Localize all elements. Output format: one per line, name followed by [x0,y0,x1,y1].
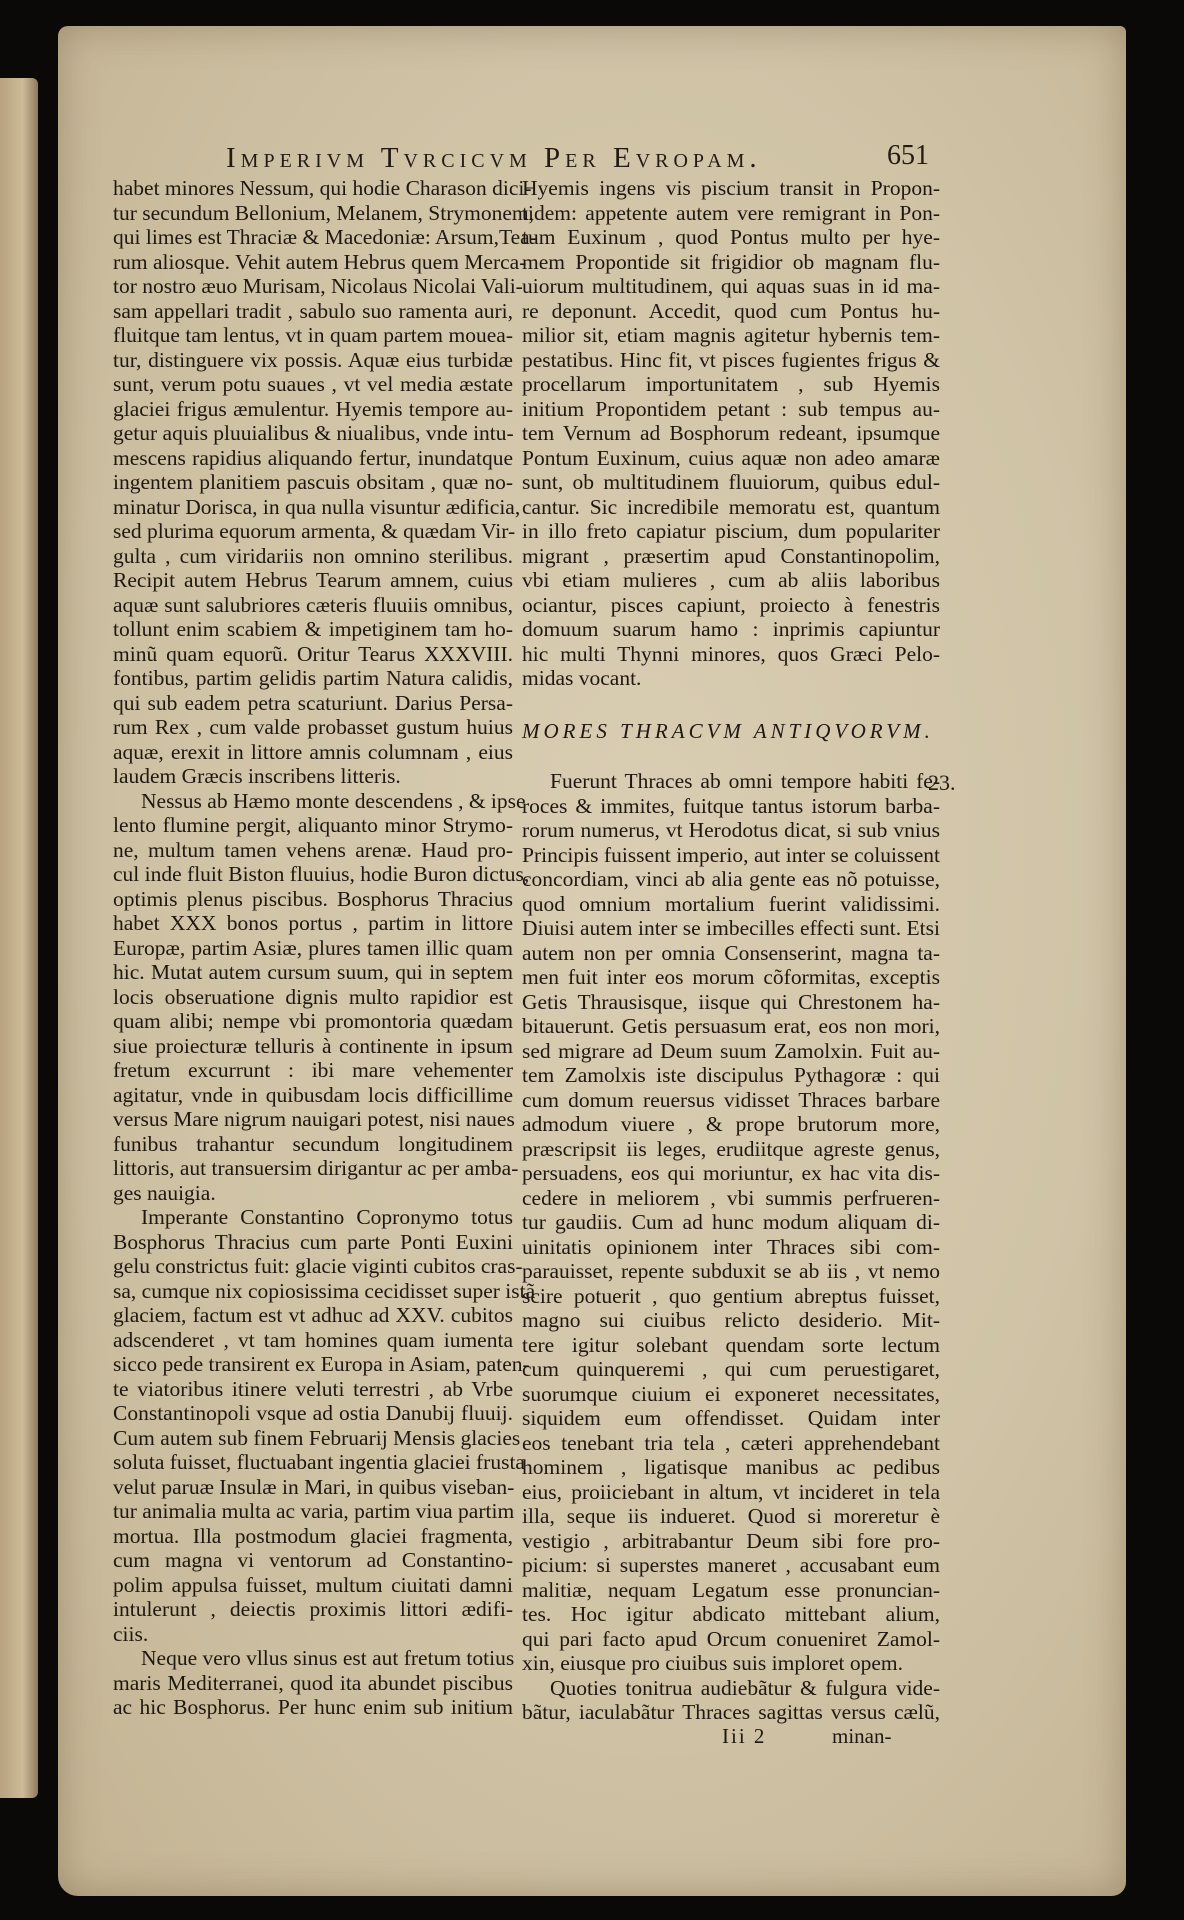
text-line: Europæ, partim Asiæ, plures tamen illic … [113,936,513,961]
text-line: qui sub eadem petra scaturiunt. Darius P… [113,691,513,716]
text-line: aquæ, erexit in littore amnis columnam ,… [113,740,513,765]
text-line: quod omnium mortalium fuerint validissim… [522,892,940,917]
text-line: malitiæ, nequam Legatum esse pronuncian- [522,1578,940,1603]
page-number: 651 [887,140,929,172]
left-column: habet minores Nessum, qui hodie Charason… [113,176,513,1720]
text-line: bitauerunt. Getis persuasum erat, eos no… [522,1014,940,1039]
text-line: ociantur, pisces capiunt, proiecto à fen… [522,593,940,618]
text-line: maris Mediterranei, quod ita abundet pis… [113,1671,513,1696]
catchword: minan- [832,1724,891,1749]
text-line: cum quinqueremi , qui cum peruestigaret, [522,1357,940,1382]
text-line: optimis plenus piscibus. Bosphorus Thrac… [113,887,513,912]
text-line: parauisset, repente subduxit se ab iis ,… [522,1259,940,1284]
text-line: tur gaudiis. Cum ad hunc modum aliquam d… [522,1210,940,1235]
text-line: Fuerunt Thraces ab omni tempore habiti f… [522,769,940,794]
text-line: persuadens, eos qui moriuntur, ex hac vi… [522,1161,940,1186]
text-line: Quoties tonitrua audiebãtur & fulgura vi… [522,1676,940,1701]
text-line: aquæ sunt salubriores cæteris fluuiis om… [113,593,513,618]
text-line: qui limes est Thraciæ & Macedoniæ: Arsum… [113,225,513,250]
text-line: Bosphorus Thracius cum parte Ponti Euxin… [113,1230,513,1255]
text-line: tor nostro æuo Murisam, Nicolaus Nicolai… [113,274,513,299]
text-line: sicco pede transirent ex Europa in Asiam… [113,1352,513,1377]
text-line: tollunt enim scabiem & impetiginem tam h… [113,617,513,642]
text-line: eius, proiiciebant in altum, vt incidere… [522,1480,940,1505]
text-line: minatur Dorisca, in qua nulla visuntur æ… [113,495,513,520]
text-line: laudem Græcis inscribens litteris. [113,764,513,789]
text-line: mescens rapidius aliquando fertur, inund… [113,446,513,471]
text-line: habet XXX bonos portus , partim in litto… [113,911,513,936]
text-line: versus Mare nigrum nauigari potest, nisi… [113,1107,513,1132]
text-line: lento flumine pergit, aliquanto minor St… [113,813,513,838]
text-line: tes. Hoc igitur abdicato mittebant alium… [522,1602,940,1627]
text-line: littoris, aut transuersim dirigantur ac … [113,1156,513,1181]
text-line: re deponunt. Accedit, quod cum Pontus hu… [522,299,940,324]
text-line: fluitque tam lentus, vt in quam partem m… [113,323,513,348]
text-line: tur animalia multa ac varia, partim viua… [113,1499,513,1524]
text-line: cantur. Sic incredibile memoratu est, qu… [522,495,940,520]
text-line: Principis fuissent imperio, aut inter se… [522,843,940,868]
text-line: Diuisi autem inter se imbecilles effecti… [522,916,940,941]
text-line: suorumque ciuium ei exponeret necessitat… [522,1382,940,1407]
text-line: rum Rex , cum valde probasset gustum hui… [113,715,513,740]
text-line: sunt, verum potu suaues , vt vel media æ… [113,372,513,397]
text-line: sa, cumque nix copiosissima cecidisset s… [113,1279,513,1304]
text-line: domuum suarum hamo : inprimis capiuntur [522,617,940,642]
text-line: intulerunt , deiectis proximis littori æ… [113,1597,513,1622]
text-line: glaciem, factum est vt adhuc ad XXV. cub… [113,1303,513,1328]
text-line: mem Propontide sit frigidior ob magnam f… [522,250,940,275]
text-line: Recipit autem Hebrus Tearum amnem, cuius [113,568,513,593]
text-line: pestatibus. Hinc fit, vt pisces fugiente… [522,348,940,373]
previous-page-edge [0,78,38,1798]
text-line: concordiam, vinci ab alia gente eas nõ p… [522,867,940,892]
text-line: picium: si superstes maneret , accusaban… [522,1553,940,1578]
text-line: ne, multum tamen vehens arenæ. Haud pro- [113,838,513,863]
text-line: sunt, ob multitudinem fluuiorum, quibus … [522,470,940,495]
text-line: scire potuerit , quo gentium abreptus fu… [522,1284,940,1309]
text-line: cedere in meliorem , vbi summis perfruer… [522,1186,940,1211]
text-line: cum magna vi ventorum ad Constantino- [113,1548,513,1573]
text-line: minũ quam equorũ. Oritur Tearus XXXVIII. [113,642,513,667]
text-line: sam appellari tradit , sabulo suo rament… [113,299,513,324]
text-line: tem Zamolxis iste discipulus Pythagoræ :… [522,1063,940,1088]
text-line: bãtur, iaculabãtur Thraces sagittas vers… [522,1700,940,1725]
text-line: getur aquis pluuialibus & niualibus, vnd… [113,421,513,446]
text-line: Pontum Euxinum, cuius aquæ non adeo amar… [522,446,940,471]
text-line: qui pari facto apud Orcum conueniret Zam… [522,1627,940,1652]
text-line: Nessus ab Hæmo monte descendens , & ipse [113,789,513,814]
right-column-text-after: Fuerunt Thraces ab omni tempore habiti f… [522,769,940,1725]
text-line: locis obseruatione dignis multo rapidior… [113,985,513,1010]
text-line: Neque vero vllus sinus est aut fretum to… [113,1646,513,1671]
text-line: procellarum importunitatem , sub Hyemis [522,372,940,397]
text-line: migrant , præsertim apud Constantinopoli… [522,544,940,569]
text-line: funibus trahantur secundum longitudinem [113,1132,513,1157]
text-line: ges nauigia. [113,1181,513,1206]
text-line: ac hic Bosphorus. Per hunc enim sub init… [113,1695,513,1720]
text-line: rum aliosque. Vehit autem Hebrus quem Me… [113,250,513,275]
text-line: tum Euxinum , quod Pontus multo per hye- [522,225,940,250]
text-line: fontibus, partim gelidis partim Natura c… [113,666,513,691]
text-line: sed plurima equorum armenta, & quædam Vi… [113,519,513,544]
text-line: initium Propontidem petant : sub tempus … [522,397,940,422]
text-line: midas vocant. [522,666,940,691]
text-line: tem Vernum ad Bosphorum redeant, ipsumqu… [522,421,940,446]
text-line: magno sui ciuibus relicto desiderio. Mit… [522,1308,940,1333]
right-column: Hyemis ingens vis piscium transit in Pro… [522,176,940,1725]
right-column-text-before: Hyemis ingens vis piscium transit in Pro… [522,176,940,691]
text-line: tere igitur solebant quendam sorte lectu… [522,1333,940,1358]
text-line: Constantinopoli vsque ad ostia Danubij f… [113,1401,513,1426]
text-line: Getis Thrausisque, iisque qui Chrestonem… [522,990,940,1015]
section-heading: MORES THRACVM ANTIQVORVM. [522,719,940,744]
text-line: adscenderet , vt tam homines quam iument… [113,1328,513,1353]
text-line: gelu constrictus fuit: glacie viginti cu… [113,1254,513,1279]
text-line: siue proiecturæ telluris à continente in… [113,1034,513,1059]
text-line: Hyemis ingens vis piscium transit in Pro… [522,176,940,201]
text-line: men fuit inter eos morum cõformitas, exc… [522,965,940,990]
text-line: hic multi Thynni minores, quos Græci Pel… [522,642,940,667]
text-line: admodum viuere , & prope brutorum more, [522,1112,940,1137]
text-line: autem non per omnia Consenserint, magna … [522,941,940,966]
text-line: gulta , cum viridariis non omnino steril… [113,544,513,569]
text-line: fretum excurrunt : ibi mare vehementer [113,1058,513,1083]
text-line: Imperante Constantino Copronymo totus [113,1205,513,1230]
text-line: ingentem planitiem pascuis obsitam , quæ… [113,470,513,495]
text-line: roces & immites, fuitque tantus istorum … [522,794,940,819]
text-line: siquidem eum offendisset. Quidam inter [522,1406,940,1431]
text-line: in illo freto capiatur piscium, dum popu… [522,519,940,544]
text-line: præscripsit iis leges, erudiitque agrest… [522,1137,940,1162]
text-line: cum domum reuersus vidisset Thraces barb… [522,1088,940,1113]
text-line: hominem , ligatisque manibus ac pedibus [522,1455,940,1480]
text-line: uiorum multitudinem, qui aquas suas in i… [522,274,940,299]
text-line: soluta fuisset, fluctuabant ingentia gla… [113,1450,513,1475]
text-line: agitatur, vnde in quibusdam locis diffic… [113,1083,513,1108]
text-line: tur, distinguere vix possis. Aquæ eius t… [113,348,513,373]
text-line: tidem: appetente autem vere remigrant in… [522,201,940,226]
text-line: vestigio , arbitrabantur Deum sibi fore … [522,1529,940,1554]
text-line: te viatoribus itinere veluti terrestri ,… [113,1377,513,1402]
text-line: hic. Mutat autem cursum suum, qui in sep… [113,960,513,985]
text-line: rorum numerus, vt Herodotus dicat, si su… [522,818,940,843]
text-line: quam alibi; nempe vbi promontoria quædam [113,1009,513,1034]
running-head: Imperivm Tvrcicvm Per Evropam. [226,142,826,175]
text-line: illa, seque iis indueret. Quod si morere… [522,1504,940,1529]
margin-note: 23. [928,770,956,796]
text-line: glaciei frigus æmulentur. Hyemis tempore… [113,397,513,422]
text-line: velut paruæ Insulæ in Mari, in quibus vi… [113,1475,513,1500]
text-line: uinitatis opinionem inter Thraces sibi c… [522,1235,940,1260]
text-line: polim appulsa fuisset, multum ciuitati d… [113,1573,513,1598]
text-line: eos tenebant tria tela , cæteri apprehen… [522,1431,940,1456]
text-line: Cum autem sub finem Februarij Mensis gla… [113,1426,513,1451]
text-line: tur secundum Bellonium, Melanem, Strymon… [113,201,513,226]
text-line: sed migrare ad Deum suum Zamolxin. Fuit … [522,1039,940,1064]
text-line: cul inde fluit Biston fluuius, hodie Bur… [113,862,513,887]
text-line: xin, eiusque pro ciuibus suis imploret o… [522,1651,940,1676]
signature-mark: Iii 2 [722,1724,766,1749]
text-line: habet minores Nessum, qui hodie Charason… [113,176,513,201]
text-line: mortua. Illa postmodum glaciei fragmenta… [113,1524,513,1549]
text-line: vbi etiam mulieres , cum ab aliis labori… [522,568,940,593]
text-line: milior sit, etiam magnis agitetur hybern… [522,323,940,348]
text-line: ciis. [113,1622,513,1647]
